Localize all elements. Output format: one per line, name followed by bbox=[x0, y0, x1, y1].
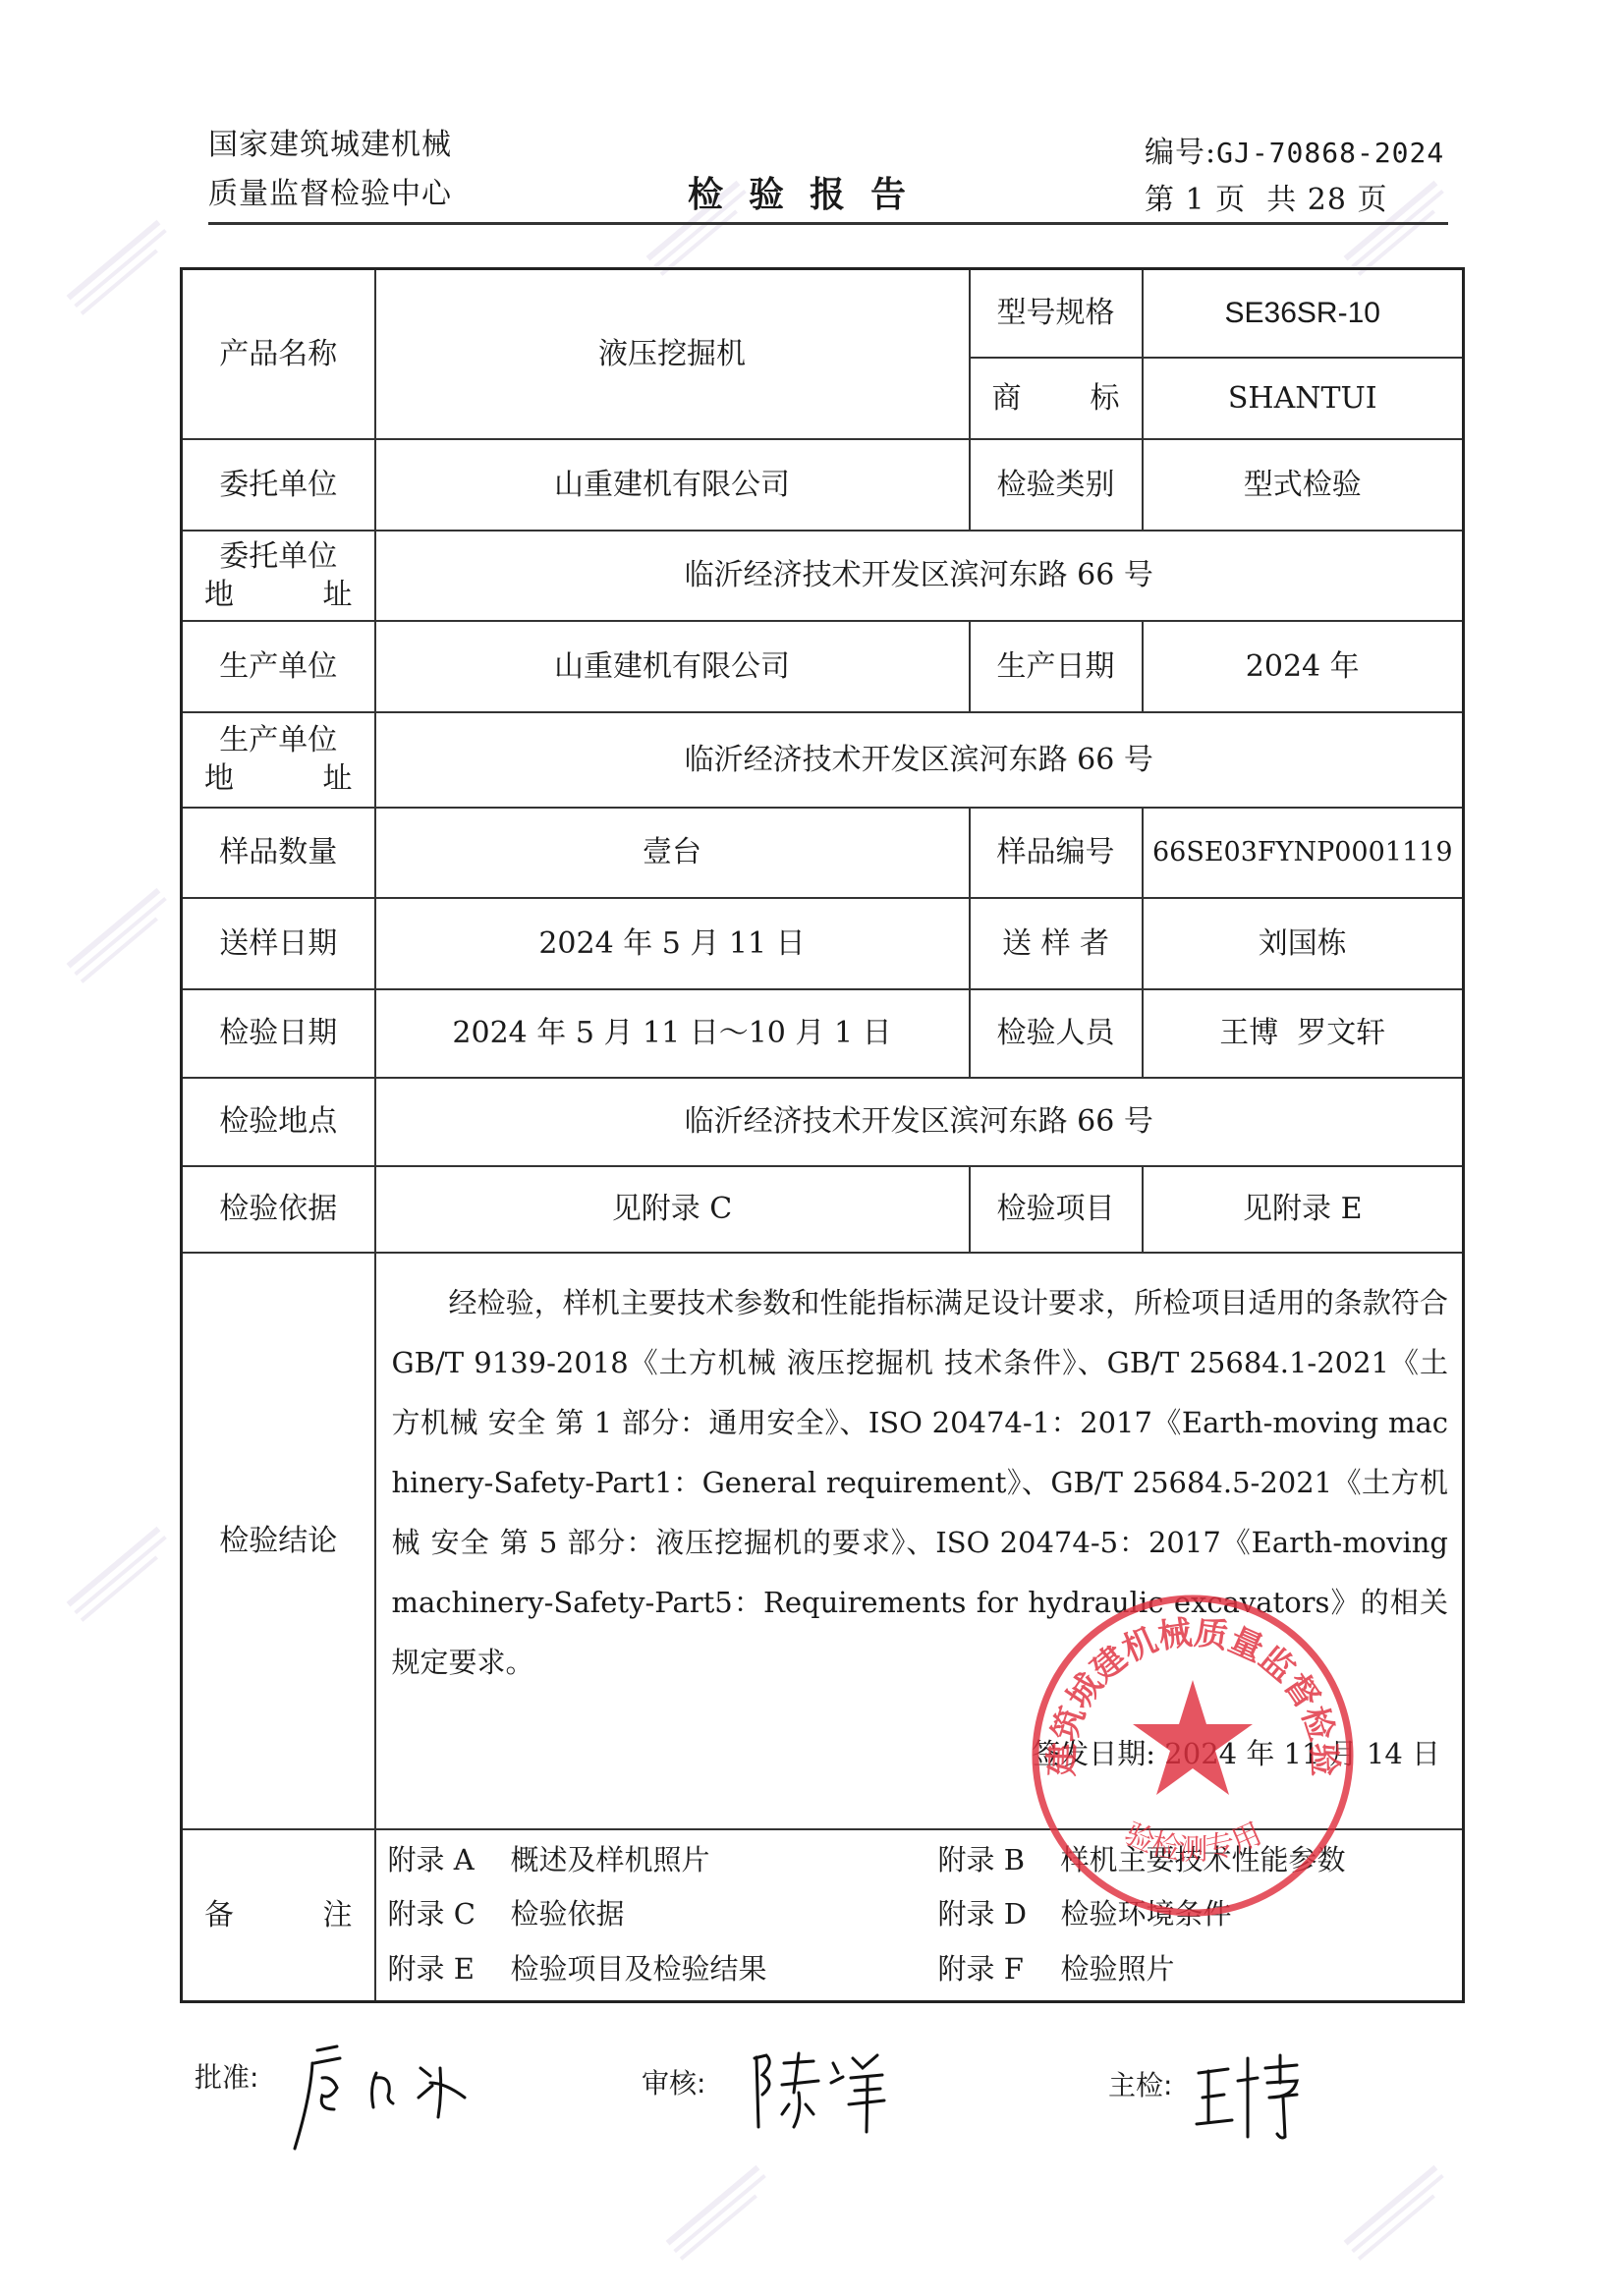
page-info: 第 1 页 共 28 页 bbox=[1145, 175, 1387, 218]
report-number-value: GJ-70868-2024 bbox=[1216, 137, 1444, 169]
delivery-date-value: 2024 年 5 月 11 日 bbox=[375, 898, 970, 989]
reviewer-label: 审核: bbox=[642, 2062, 705, 2101]
issue-date: 签发日期: 2024 年 11 月 14 日 bbox=[1032, 1724, 1440, 1784]
appendix-title: 检验依据 bbox=[511, 1897, 625, 1931]
chief-inspector-signature bbox=[1187, 2043, 1324, 2152]
inspection-date-label: 检验日期 bbox=[182, 989, 375, 1078]
appendix-item: 附录 B样机主要技术性能参数 bbox=[938, 1842, 1463, 1879]
client-address-label-char-1: 地 bbox=[204, 576, 234, 614]
sender-label: 送 样 者 bbox=[970, 898, 1143, 989]
appendix-item: 附录 C检验依据 bbox=[388, 1896, 938, 1933]
production-date-value: 2024 年 bbox=[1143, 621, 1464, 712]
manufacturer-address-label-line1: 生产单位 bbox=[183, 721, 374, 759]
appendix-item: 附录 F检验照片 bbox=[938, 1951, 1463, 1988]
appendix-code: 附录 C bbox=[388, 1896, 511, 1933]
sample-qty-value: 壹台 bbox=[375, 808, 970, 898]
inspection-date-value: 2024 年 5 月 11 日～10 月 1 日 bbox=[375, 989, 970, 1078]
notes-label-char-2: 注 bbox=[323, 1896, 353, 1934]
appendix-code: 附录 A bbox=[388, 1842, 511, 1879]
brand-label-char-1: 商 bbox=[992, 379, 1022, 418]
basis-label: 检验依据 bbox=[182, 1166, 375, 1253]
appendix-item: 附录 D检验环境条件 bbox=[938, 1896, 1463, 1933]
brand-value: SHANTUI bbox=[1143, 358, 1464, 439]
conclusion-cell: 经检验，样机主要技术参数和性能指标满足设计要求，所检项目适用的条款符合 GB/T… bbox=[375, 1253, 1464, 1829]
org-name-line1: 国家建筑城建机械 bbox=[208, 120, 452, 163]
appendix-title: 检验照片 bbox=[1061, 1952, 1175, 1986]
appendix-item: 附录 E检验项目及检验结果 bbox=[388, 1951, 938, 1988]
approver-label: 批准: bbox=[195, 2056, 258, 2096]
manufacturer-address-label: 生产单位 地址 bbox=[182, 712, 375, 808]
manufacturer-label: 生产单位 bbox=[182, 621, 375, 712]
client-address-label-line1: 委托单位 bbox=[183, 537, 374, 576]
inspection-site-value: 临沂经济技术开发区滨河东路 66 号 bbox=[375, 1078, 1464, 1166]
issue-date-label: 签发日期: bbox=[1032, 1737, 1155, 1770]
client-label: 委托单位 bbox=[182, 439, 375, 531]
inspection-site-label: 检验地点 bbox=[182, 1078, 375, 1166]
basis-value: 见附录 C bbox=[375, 1166, 970, 1253]
appendix-item: 附录 A概述及样机照片 bbox=[388, 1842, 938, 1879]
inspectors-value: 王博 罗文轩 bbox=[1143, 989, 1464, 1078]
conclusion-label: 检验结论 bbox=[182, 1253, 375, 1829]
inspectors-label: 检验人员 bbox=[970, 989, 1143, 1078]
appendix-title: 检验环境条件 bbox=[1061, 1897, 1232, 1931]
model-label: 型号规格 bbox=[970, 269, 1143, 358]
manufacturer-address-value: 临沂经济技术开发区滨河东路 66 号 bbox=[375, 712, 1464, 808]
report-table: 产品名称 液压挖掘机 型号规格 SE36SR-10 商标 SHANTUI 委托单… bbox=[180, 267, 1465, 2003]
items-value: 见附录 E bbox=[1143, 1166, 1464, 1253]
manufacturer-address-label-char-2: 址 bbox=[323, 759, 353, 798]
appendix-title: 检验项目及检验结果 bbox=[511, 1952, 767, 1986]
client-value: 山重建机有限公司 bbox=[375, 439, 970, 531]
production-date-label: 生产日期 bbox=[970, 621, 1143, 712]
notes-label-char-1: 备 bbox=[204, 1896, 234, 1934]
appendix-list: 附录 A概述及样机照片 附录 B样机主要技术性能参数 附录 C检验依据 附录 D… bbox=[376, 1832, 1463, 1998]
product-name-label: 产品名称 bbox=[182, 269, 375, 439]
approver-signature bbox=[283, 2039, 479, 2156]
delivery-date-label: 送样日期 bbox=[182, 898, 375, 989]
appendix-code: 附录 E bbox=[388, 1951, 511, 1988]
items-label: 检验项目 bbox=[970, 1166, 1143, 1253]
conclusion-body: 经检验，样机主要技术参数和性能指标满足设计要求，所检项目适用的条款符合 GB/T… bbox=[376, 1254, 1463, 1804]
brand-label-char-2: 标 bbox=[1091, 379, 1120, 418]
model-value: SE36SR-10 bbox=[1143, 269, 1464, 358]
sample-qty-label: 样品数量 bbox=[182, 808, 375, 898]
appendix-title: 样机主要技术性能参数 bbox=[1061, 1843, 1346, 1876]
appendix-code: 附录 F bbox=[938, 1951, 1061, 1988]
manufacturer-value: 山重建机有限公司 bbox=[375, 621, 970, 712]
sample-no-label: 样品编号 bbox=[970, 808, 1143, 898]
page-title: 检验报告 bbox=[688, 167, 931, 217]
brand-label: 商标 bbox=[970, 358, 1143, 439]
report-number-label: 编号: bbox=[1145, 136, 1216, 170]
appendix-code: 附录 B bbox=[938, 1842, 1061, 1879]
client-address-label: 委托单位 地址 bbox=[182, 531, 375, 621]
notes-label: 备注 bbox=[182, 1829, 375, 2002]
client-address-value: 临沂经济技术开发区滨河东路 66 号 bbox=[375, 531, 1464, 621]
sample-no-value: 66SE03FYNP0001119 bbox=[1143, 808, 1464, 898]
notes-cell: 附录 A概述及样机照片 附录 B样机主要技术性能参数 附录 C检验依据 附录 D… bbox=[375, 1829, 1464, 2002]
sender-value: 刘国栋 bbox=[1143, 898, 1464, 989]
conclusion-text: 经检验，样机主要技术参数和性能指标满足设计要求，所检项目适用的条款符合 GB/T… bbox=[392, 1273, 1449, 1693]
report-number: 编号:GJ-70868-2024 bbox=[1145, 128, 1444, 171]
client-address-label-char-2: 址 bbox=[323, 576, 353, 614]
watermark-logo bbox=[1307, 2142, 1484, 2279]
appendix-code: 附录 D bbox=[938, 1896, 1061, 1933]
appendix-title: 概述及样机照片 bbox=[511, 1843, 710, 1876]
reviewer-signature bbox=[745, 2043, 922, 2152]
header-divider bbox=[208, 222, 1448, 225]
signature-row: 批准: 审核: 主检: bbox=[195, 2048, 1324, 2166]
manufacturer-address-label-char-1: 地 bbox=[204, 759, 234, 798]
chief-inspector-label: 主检: bbox=[1108, 2064, 1172, 2103]
product-name-value: 液压挖掘机 bbox=[375, 269, 970, 439]
inspection-type-value: 型式检验 bbox=[1143, 439, 1464, 531]
issue-date-value: 2024 年 11 月 14 日 bbox=[1164, 1737, 1440, 1770]
org-name-line2: 质量监督检验中心 bbox=[208, 169, 452, 212]
inspection-type-label: 检验类别 bbox=[970, 439, 1143, 531]
